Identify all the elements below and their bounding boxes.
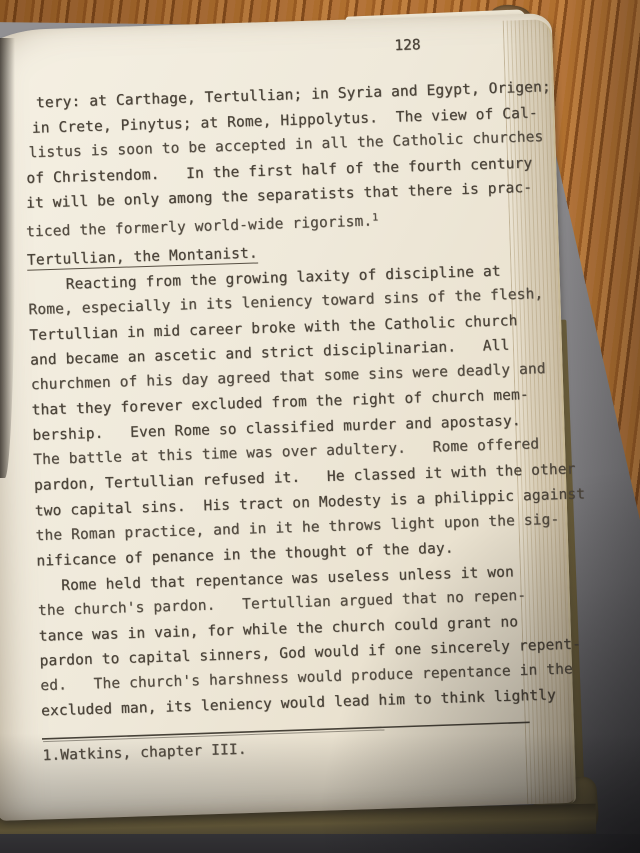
section-heading-text: Tertullian, the Montanist. [27,245,258,270]
page-number: 128 [394,37,421,54]
body-line-text: ticed the formerly world-wide rigorism. [26,214,373,241]
photo-of-typed-manuscript-page: 128 tery: at Carthage, Tertullian; in Sy… [0,0,640,853]
typed-text-block: tery: at Carthage, Tertullian; in Syria … [22,76,549,770]
manuscript-page: 128 tery: at Carthage, Tertullian; in Sy… [0,13,576,821]
footnote-marker: 1 [372,213,378,224]
shadow-band-bottom [0,834,640,853]
